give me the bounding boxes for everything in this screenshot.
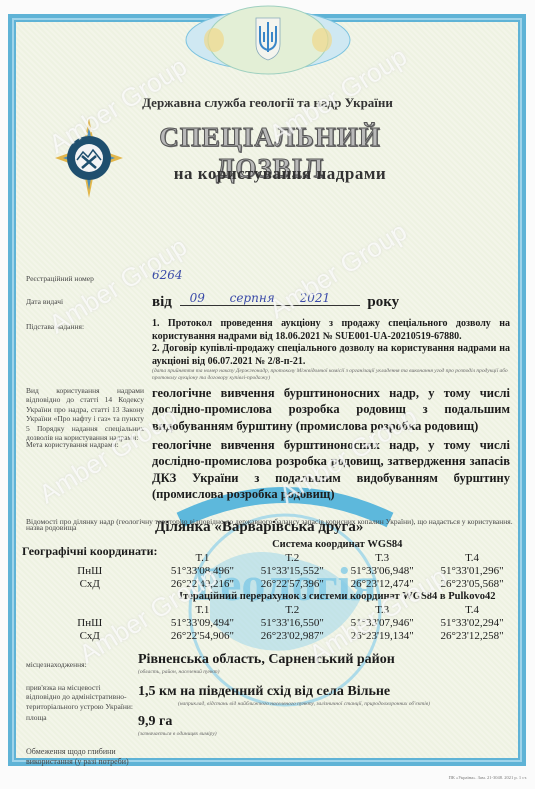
area-note: (зазначається в одиницях виміру): [138, 731, 217, 738]
basis-item-1: 1. Протокол проведення аукціону з продаж…: [152, 318, 510, 343]
coordinates-table: Географічні координати: Система координа…: [22, 538, 517, 642]
table-row: ПнШ 51°33'09,494" 51°33'16,550" 51°33'07…: [22, 616, 517, 629]
area-label: площа: [26, 713, 47, 722]
point-header: Т.1: [158, 551, 248, 564]
use-type-value: геологічне вивчення бурштиноносних надр,…: [152, 385, 510, 434]
purpose-value: геологічне вивчення бурштиноносних надр,…: [152, 437, 510, 502]
issue-date-day: 09: [190, 291, 205, 305]
reference-text: 1,5 км на південний схід від села Вільне: [138, 684, 390, 699]
print-code: ПК «Україна». Зам. 21-3048. 2021 р. 1 ст…: [449, 775, 527, 780]
depth-limit-label: Обмеження щодо глибини використання (у р…: [26, 747, 136, 767]
issuing-agency: Державна служба геології та надр України: [0, 95, 535, 111]
point-header: Т.1: [158, 603, 248, 616]
issue-date-line: 09 серпня 2021: [180, 291, 360, 306]
location-text: Рівненська область, Сарненський район: [138, 652, 395, 667]
area-value: 9,9 га (зазначається в одиницях виміру): [138, 714, 217, 738]
point-header: Т.3: [337, 603, 427, 616]
coordinate-system-title-1: Система координат WGS84: [158, 538, 518, 551]
point-header: Т.2: [247, 603, 337, 616]
basis-item-2: 2. Договір купівлі-продажу спеціального …: [152, 343, 510, 368]
coordinate-system-title-2: Ітераційний перерахунок з системи коорди…: [158, 590, 518, 603]
issue-date-year: 2021: [300, 291, 331, 305]
table-row: СхД 26°22'49,216" 26°22'57,396" 26°23'12…: [22, 577, 517, 590]
issue-date-suffix: року: [367, 294, 399, 310]
issue-date-prefix: від: [152, 294, 172, 310]
purpose-label: Мета користування надрами:: [26, 440, 119, 449]
basis-label: Підстава надання:: [26, 322, 84, 331]
table-row: ПнШ 51°33'08,496" 51°33'15,552" 51°33'06…: [22, 564, 517, 577]
issue-date: від 09 серпня 2021 року: [152, 291, 399, 311]
location-value: Рівненська область, Сарненський район (о…: [138, 652, 395, 676]
coordinates-heading: Географічні координати:: [22, 538, 158, 564]
reference-value: 1,5 км на південний схід від села Вільне…: [138, 684, 430, 708]
basis-note: (дата прийняття та номер наказу Держгеон…: [152, 368, 510, 382]
geological-service-logo-icon: [55, 118, 123, 198]
issue-date-label: Дата видачі: [26, 297, 63, 306]
location-note: (область, район, населений пункт): [138, 669, 395, 676]
registration-number-label: Реєстраційний номер: [26, 274, 94, 283]
point-header: Т.3: [337, 551, 427, 564]
area-text: 9,9 га: [138, 714, 172, 729]
use-type-label: Вид користування надрами відповідно до с…: [26, 386, 144, 442]
point-header: Т.4: [427, 603, 517, 616]
deposit-label: назва родовища: [26, 523, 76, 532]
location-label: місцезнаходження:: [26, 660, 87, 669]
document-subtitle: на користування надрами: [120, 164, 440, 184]
reference-label: прив'язка на місцевості відповідно до ад…: [26, 683, 136, 711]
point-header: Т.4: [427, 551, 517, 564]
registration-number-value: 6264: [152, 268, 183, 282]
point-header: Т.2: [247, 551, 337, 564]
reference-note: (наприклад, відстань від найближчого нас…: [178, 701, 430, 708]
basis-section: 1. Протокол проведення аукціону з продаж…: [152, 318, 510, 382]
state-emblem-rosette-icon: [184, 2, 352, 78]
table-row: СхД 26°22'54,906" 26°23'02,987" 26°23'19…: [22, 629, 517, 642]
issue-date-month: серпня: [230, 291, 275, 305]
deposit-name: Ділянка «Варварівська друга»: [155, 519, 363, 536]
